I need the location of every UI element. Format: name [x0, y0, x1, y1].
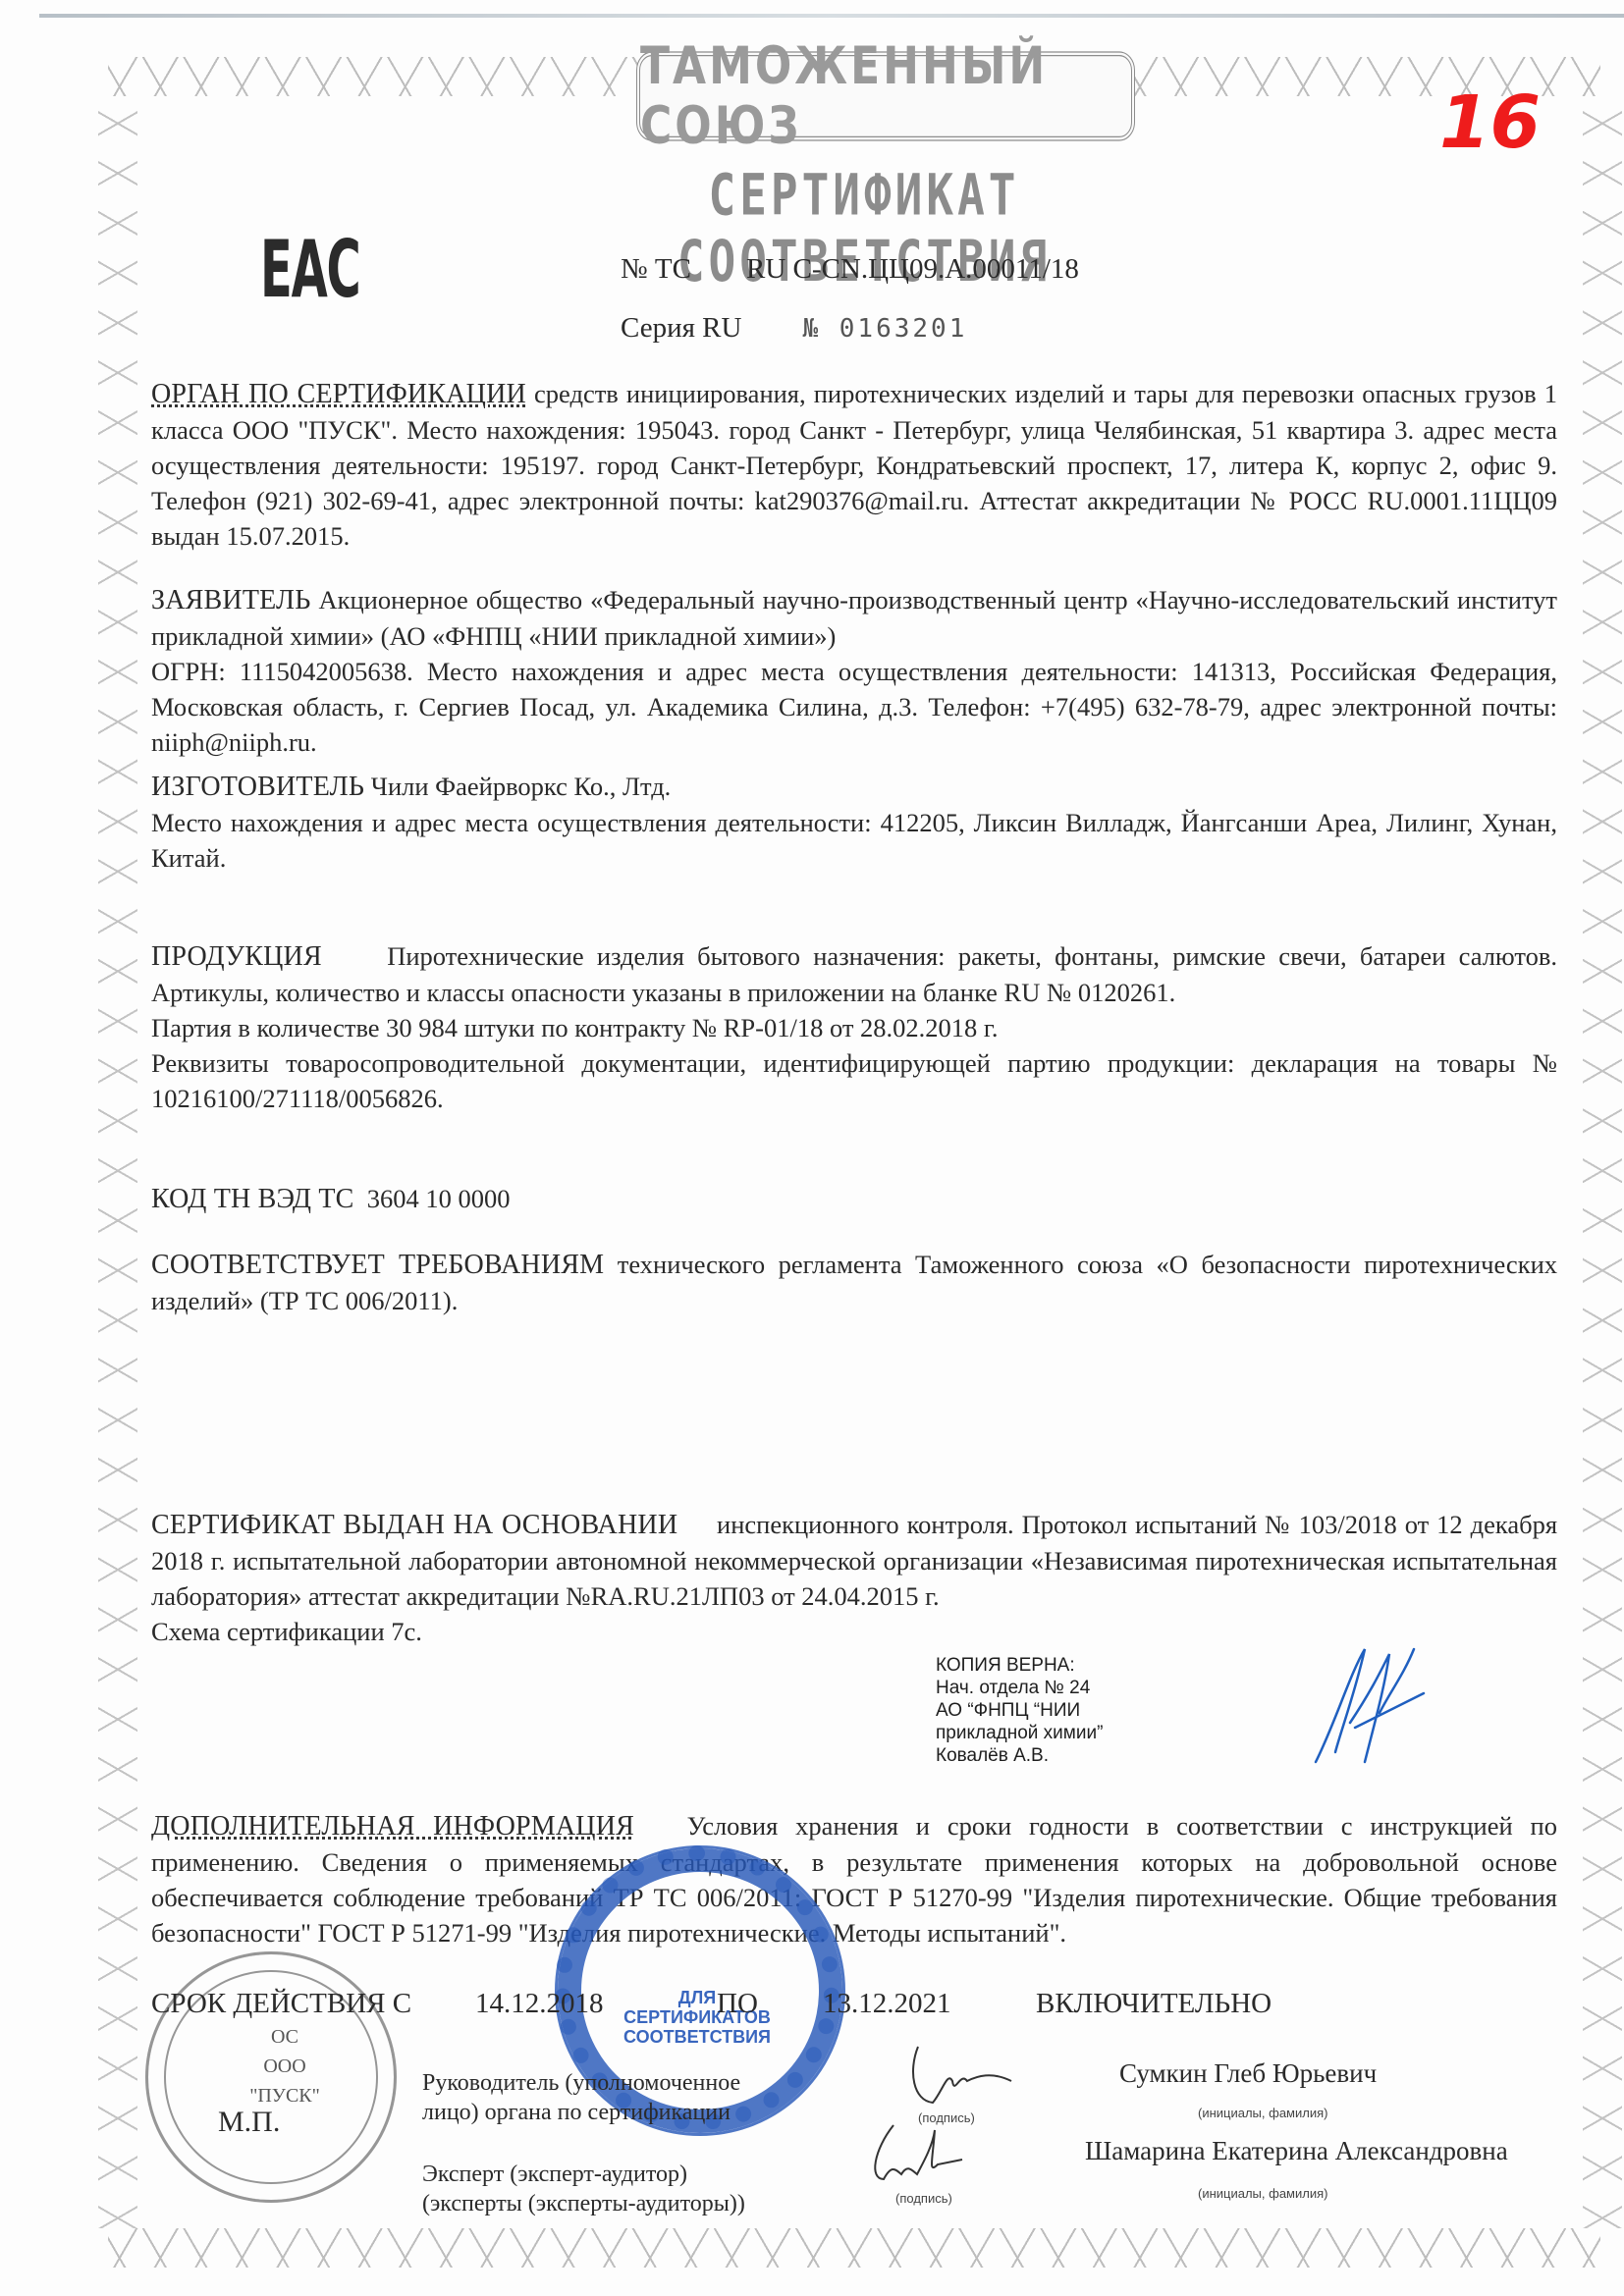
expert-role-line: Эксперт (эксперт-аудитор) [422, 2160, 745, 2189]
manufacturer-heading: ИЗГОТОВИТЕЛЬ [151, 772, 364, 802]
tn-ved-section: КОД ТН ВЭД ТС 3604 10 0000 [151, 1181, 1557, 1217]
applicant-section: ЗАЯВИТЕЛЬ Акционерное общество «Федераль… [151, 582, 1557, 760]
head-role: Руководитель (уполномоченное лицо) орган… [422, 2068, 740, 2127]
additional-info-heading: ДОПОЛНИТЕЛЬНАЯ ИНФОРМАЦИЯ [151, 1811, 634, 1842]
expert-role: Эксперт (эксперт-аудитор) (эксперты (экс… [422, 2160, 745, 2218]
stamp-text: ДЛЯ [609, 1988, 785, 2007]
certification-body-section: ОРГАН ПО СЕРТИФИКАЦИИ средств инициирова… [151, 376, 1557, 554]
copy-line: прикладной химии” [936, 1722, 1103, 1744]
product-heading: ПРОДУКЦИЯ [151, 941, 322, 972]
product-batch: Партия в количестве 30 984 штуки по конт… [151, 1013, 998, 1042]
applicant-heading: ЗАЯВИТЕЛЬ [151, 585, 311, 615]
copy-line: КОПИЯ ВЕРНА: [936, 1654, 1103, 1677]
basis-heading: СЕРТИФИКАТ ВЫДАН НА ОСНОВАНИИ [151, 1510, 677, 1540]
expert-signature-caption: (подпись) [895, 2191, 952, 2206]
certification-body-heading: ОРГАН ПО СЕРТИФИКАЦИИ [151, 379, 526, 409]
guilloche-border-right [1583, 88, 1622, 2228]
guilloche-border-left [98, 88, 137, 2228]
certification-body-stamp-center: ОС ООО "ПУСК" [231, 2022, 339, 2110]
copy-line: АО “ФНПЦ “НИИ [936, 1699, 1103, 1722]
validity-to-label: ПО [717, 1988, 758, 2020]
basis-section: СЕРТИФИКАТ ВЫДАН НА ОСНОВАНИИ инспекцион… [151, 1507, 1557, 1649]
series-label: Серия RU [621, 312, 741, 344]
handwritten-page-number: 16 [1439, 80, 1541, 165]
applicant-details: ОГРН: 1115042005638. Место нахождения и … [151, 657, 1557, 757]
series-number: Серия RU№ 0163201 [621, 312, 967, 345]
expert-name-caption: (инициалы, фамилия) [1198, 2186, 1327, 2201]
head-signature-icon [903, 2042, 1021, 2110]
validity-label: СРОК ДЕЙСТВИЯ С [151, 1988, 411, 2020]
certificate-number-label: № ТС [621, 253, 746, 286]
eac-logo-icon: ЕАС [260, 224, 360, 315]
tn-ved-heading: КОД ТН ВЭД ТС [151, 1184, 354, 1214]
head-role-line: Руководитель (уполномоченное [422, 2068, 740, 2098]
copy-line: Ковалёв А.В. [936, 1744, 1103, 1767]
stamp-text: СЕРТИФИКАТОВ [609, 2007, 785, 2027]
scan-edge-line [39, 14, 1624, 18]
head-role-line: лицо) органа по сертификации [422, 2098, 740, 2127]
certification-scheme: Схема сертификации 7с. [151, 1617, 422, 1646]
copy-certified-note: КОПИЯ ВЕРНА: Нач. отдела № 24 АО “ФНПЦ “… [936, 1654, 1103, 1767]
stamp-text: ООО "ПУСК" [231, 2052, 339, 2110]
stamp-text: ОС [231, 2022, 339, 2052]
compliance-heading: СООТВЕТСТВУЕТ ТРЕБОВАНИЯМ [151, 1250, 604, 1280]
copy-stamp-center: ДЛЯ СЕРТИФИКАТОВ СООТВЕТСТВИЯ [609, 1988, 785, 2047]
product-documents: Реквизиты товаросопроводительной докумен… [151, 1048, 1557, 1113]
series-value: № 0163201 [802, 314, 967, 344]
expert-name: Шамарина Екатерина Александровна [1085, 2136, 1508, 2166]
additional-info-section: ДОПОЛНИТЕЛЬНАЯ ИНФОРМАЦИЯ Условия хранен… [151, 1808, 1557, 1950]
head-name-caption: (инициалы, фамилия) [1198, 2106, 1327, 2120]
manufacturer-name: Чили Фаейрворкс Ко., Лтд. [371, 772, 672, 801]
expert-signature-icon [864, 2120, 982, 2189]
expert-role-line: (эксперты (эксперты-аудиторы)) [422, 2189, 745, 2218]
certificate-number-value: RU C-CN.ЦЦ09.А.00011/18 [746, 253, 1079, 285]
product-section: ПРОДУКЦИЯ Пиротехнические изделия бытово… [151, 938, 1557, 1116]
copy-line: Нач. отдела № 24 [936, 1677, 1103, 1699]
validity-date-to: 13.12.2021 [823, 1988, 951, 2020]
tn-ved-code: 3604 10 0000 [367, 1184, 511, 1213]
validity-date-from: 14.12.2018 [475, 1988, 604, 2020]
product-text: Пиротехнические изделия бытового назначе… [151, 941, 1557, 1007]
guilloche-border-bottom [108, 2228, 1600, 2268]
stamp-text: СООТВЕТСТВИЯ [609, 2027, 785, 2047]
stamp-place-label: М.П. [218, 2106, 280, 2139]
manufacturer-address: Место нахождения и адрес места осуществл… [151, 808, 1557, 873]
signature-icon [1296, 1634, 1434, 1772]
certificate-number: № ТСRU C-CN.ЦЦ09.А.00011/18 [621, 253, 1079, 286]
manufacturer-section: ИЗГОТОВИТЕЛЬ Чили Фаейрворкс Ко., Лтд. М… [151, 769, 1557, 876]
validity-inclusive: ВКЛЮЧИТЕЛЬНО [1036, 1988, 1272, 2020]
customs-union-banner: ТАМОЖЕННЫЙ СОЮЗ [636, 51, 1135, 140]
applicant-text: Акционерное общество «Федеральный научно… [151, 585, 1557, 651]
head-name: Сумкин Глеб Юрьевич [1119, 2058, 1377, 2089]
compliance-section: СООТВЕТСТВУЕТ ТРЕБОВАНИЯМ технического р… [151, 1247, 1557, 1318]
